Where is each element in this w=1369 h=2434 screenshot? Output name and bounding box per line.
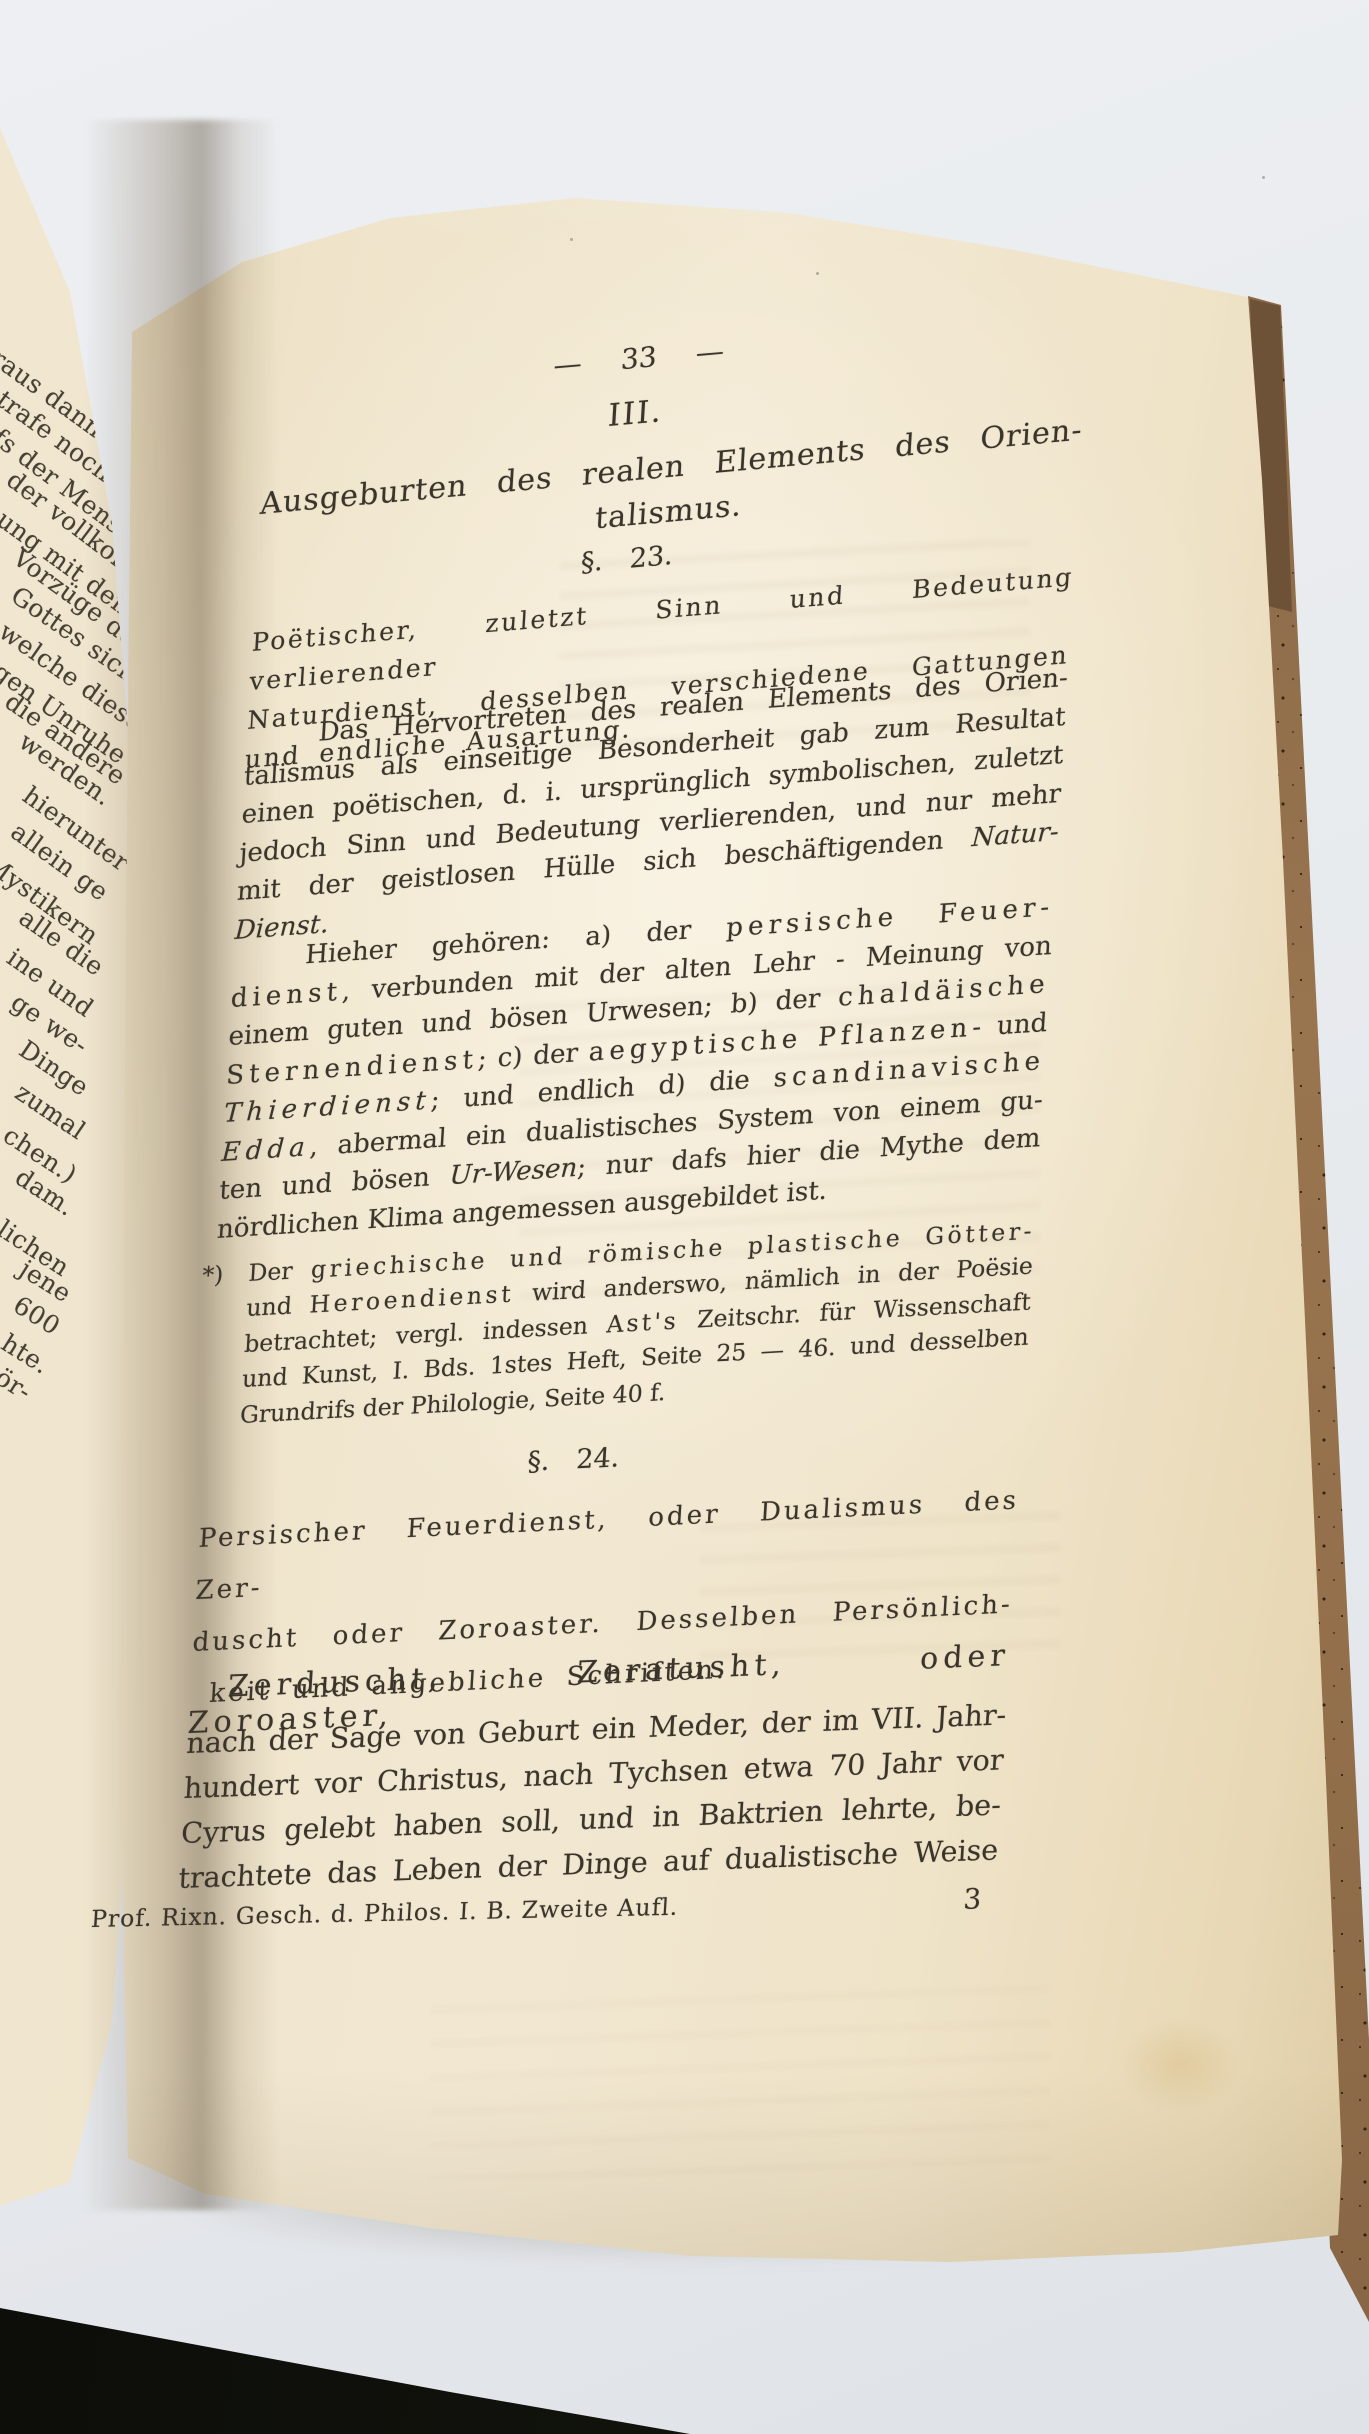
footnote: *)Der griechische und römische plastisch…	[239, 1214, 1036, 1433]
text-segment: Ast's	[606, 1306, 680, 1338]
text-segment: und	[985, 1008, 1048, 1042]
text-segment: ; c) der	[477, 1037, 590, 1074]
text-segment: dienst	[230, 976, 343, 1013]
dust-speck	[1262, 176, 1265, 179]
text-segment: Ur-Wesen	[449, 1153, 578, 1191]
book-photo: raus dann folg trafe noch Be fs der Mens…	[0, 0, 1369, 2434]
sheet-number: 3	[963, 1882, 984, 1915]
text-segment: Natur-	[971, 817, 1060, 853]
paper-stain	[1120, 2020, 1240, 2110]
paragraph-zoroaster: nach der Sage von Geburt ein Meder, der …	[177, 1692, 1007, 1901]
text-segment: und	[246, 1291, 311, 1322]
page-text: — 33 — III. Ausgeburten des realen Eleme…	[146, 0, 1109, 2434]
text-segment: Edda	[221, 1132, 311, 1168]
text-segment: Der	[248, 1256, 312, 1287]
footnote-marker: *)	[201, 1257, 224, 1294]
signature-line: Prof. Rixn. Gesch. d. Philos. I. B. Zwei…	[90, 1893, 679, 1933]
paragraph-kinds: Hieher gehören: a) der persische Feuer- …	[216, 888, 1055, 1249]
